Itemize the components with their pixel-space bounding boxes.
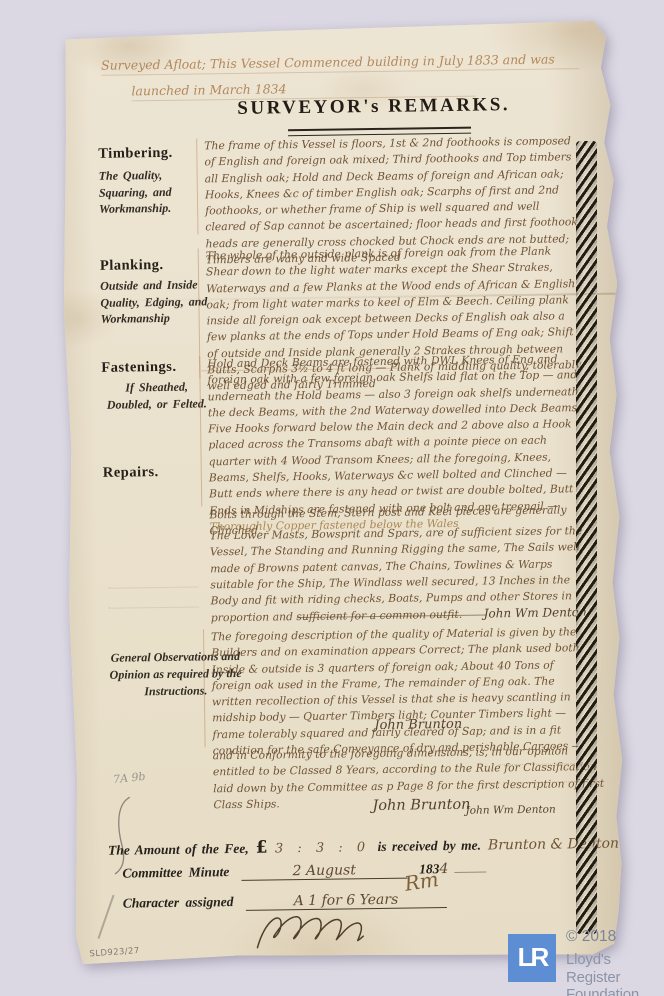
document-paper: Surveyed Afloat; This Vessel Commenced b… (57, 21, 627, 965)
pound-sign: £ (256, 838, 268, 858)
lloyds-register-logo: LR (508, 934, 556, 982)
general-observations-handwriting: The foregoing description of the quality… (211, 624, 591, 760)
copyright-text: © 2018 (566, 928, 616, 946)
section-subtitle-timbering: The Quality, Squaring, and Workmanship. (99, 166, 212, 217)
committee-minute-label: Committee Minute (122, 864, 229, 881)
pencil-annotation: 7A 9b (112, 770, 146, 786)
committee-minute-value: 2 August (241, 862, 407, 881)
fastenings-text: Hold and Deck Beams are fastened with DW… (207, 352, 581, 517)
surveyor-signature: John Brunton (372, 797, 470, 814)
archive-reference: SLD923/27 (89, 946, 140, 959)
section-title-planking: Planking. (100, 257, 164, 275)
page-title: SURVEYOR's REMARKS. (194, 93, 554, 120)
rule-tail (454, 872, 486, 873)
committee-initials: Rm (403, 867, 440, 896)
organisation-name: Lloyd's Register Foundation (566, 951, 664, 996)
signature-flourish (251, 904, 392, 954)
section-title-fastenings: Fastenings. (101, 359, 176, 377)
surveyor-signature: John Wm Denton (484, 606, 587, 621)
fee-amount-handwritten: 3 : 3 : 0 (274, 840, 370, 856)
organisation-line1: Lloyd's Register (566, 951, 664, 986)
year-handwritten: 4 (439, 861, 448, 877)
header-note-line1: Surveyed Afloat; This Vessel Commenced b… (101, 51, 579, 76)
ghost-line (109, 606, 199, 608)
section-subtitle-fastenings: If Sheathed, Doubled, or Felted. (101, 378, 211, 413)
lr-monogram-icon: LR (518, 942, 547, 973)
fee-suffix: is received by me. (377, 838, 481, 855)
surveyor-signature: John Brunton (374, 717, 462, 733)
fee-signature: Brunton & Denton (488, 836, 619, 854)
pencil-bracket (111, 795, 134, 875)
binding-coil (576, 141, 597, 934)
character-assigned-label: Character assigned (123, 894, 234, 912)
organisation-line2: Foundation (566, 986, 664, 996)
section-title-repairs: Repairs. (103, 464, 159, 482)
fee-row: The Amount of the Fee, £ 3 : 3 : 0 is re… (108, 833, 608, 860)
fee-label: The Amount of the Fee, (108, 841, 249, 859)
pencil-mark (97, 895, 114, 939)
surveyor-signature: John Wm Denton (465, 804, 555, 817)
section-title-timbering: Timbering. (98, 145, 173, 163)
photo-stage: Surveyed Afloat; This Vessel Commenced b… (0, 0, 664, 996)
ghost-line (108, 586, 198, 588)
outfit-handwriting: The Lower Masts, Bowsprit and Spars, are… (210, 523, 587, 627)
paper-wrap: Surveyed Afloat; This Vessel Commenced b… (0, 0, 664, 996)
